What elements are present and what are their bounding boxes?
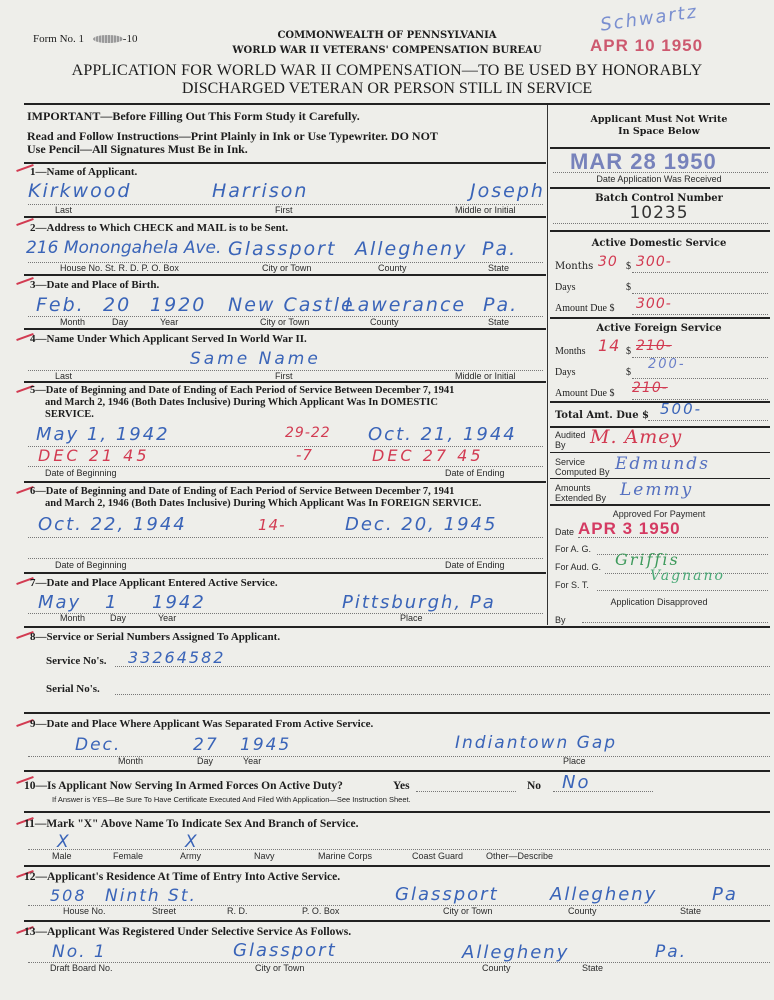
divider — [24, 770, 770, 772]
foreign-end-field[interactable]: Dec. 20, 1945 — [345, 514, 497, 535]
approved-heading: Approved For Payment — [548, 509, 770, 519]
received-date-stamp-top: APR 10 1950 — [590, 36, 703, 56]
entry-year-field[interactable]: 1942 — [152, 592, 206, 613]
caption-middle: Middle or Initial — [455, 205, 516, 215]
header-divider — [24, 103, 770, 105]
caption-city: City or Town — [262, 263, 311, 273]
caption-state: State — [582, 963, 603, 973]
residence-state-field[interactable]: Pa — [712, 884, 738, 905]
section-12-label: 12—Applicant's Residence At Time of Entr… — [24, 871, 340, 883]
domestic-end-2-field[interactable]: DEC 27 45 — [372, 446, 484, 465]
foreign-note: 14- — [258, 516, 286, 534]
computed-label: Service Computed By — [555, 457, 615, 477]
office-heading-1: Applicant Must Not Write — [548, 114, 770, 125]
section-2-label: 2—Address to Which CHECK and MAIL is to … — [30, 222, 288, 234]
service-no-label: Service No's. — [46, 655, 106, 667]
divider — [24, 712, 770, 714]
field-line — [632, 293, 768, 294]
caption-first: First — [275, 371, 293, 381]
name-middle-field[interactable]: Joseph — [470, 180, 545, 202]
domestic-due-label: Amount Due $ — [555, 303, 614, 314]
field-line — [28, 905, 770, 906]
name-last-field[interactable]: Kirkwood — [28, 180, 131, 202]
disapproved-heading: Application Disapproved — [548, 597, 770, 607]
foreign-due-amount[interactable]: 210- — [632, 380, 668, 396]
field-line — [28, 613, 543, 614]
field-line — [28, 537, 543, 538]
option-navy[interactable]: Navy — [254, 851, 275, 861]
field-line — [597, 590, 768, 591]
foreign-days-label: Days — [555, 367, 576, 378]
approved-date-stamp: APR 3 1950 — [578, 519, 681, 539]
caption-end: Date of Ending — [445, 560, 505, 570]
st-signature[interactable]: Vagnano — [650, 568, 725, 584]
section-6-label-2: and March 2, 1946 (Both Dates Inclusive)… — [45, 498, 481, 509]
separation-year-field[interactable]: 1945 — [240, 735, 291, 755]
domestic-months-label: Months — [555, 261, 593, 272]
received-caption: Date Application Was Received — [548, 174, 770, 184]
dollar-sign: $ — [626, 261, 631, 272]
section-1-label: 1—Name of Applicant. — [30, 166, 137, 178]
caption-end: Date of Ending — [445, 468, 505, 478]
domestic-note-2: -7 — [296, 446, 313, 464]
address-county-field[interactable]: Allegheny — [355, 238, 467, 260]
caption-city: City or Town — [255, 963, 304, 973]
section-4-label: 4—Name Under Which Applicant Served In W… — [30, 333, 307, 345]
field-line — [632, 314, 768, 315]
section-9-label: 9—Date and Place Where Applicant Was Sep… — [30, 718, 373, 730]
entry-month-field[interactable]: May — [38, 592, 81, 613]
caption-county: County — [370, 317, 399, 327]
option-female[interactable]: Female — [113, 851, 143, 861]
caption-year: Year — [158, 613, 176, 623]
field-line — [416, 791, 516, 792]
field-line — [28, 558, 543, 559]
section-7-label: 7—Date and Place Applicant Entered Activ… — [30, 577, 278, 589]
section-10-label: 10—Is Applicant Now Serving In Armed For… — [24, 780, 343, 792]
domestic-months-value[interactable]: 30 — [598, 254, 618, 270]
service-number-field[interactable]: 33264582 — [128, 648, 225, 667]
draft-board-field[interactable]: No. 1 — [52, 942, 107, 962]
caption-begin: Date of Beginning — [45, 468, 117, 478]
option-army[interactable]: Army — [180, 851, 201, 861]
caption-county: County — [568, 906, 597, 916]
birth-year-field[interactable]: 1920 — [150, 294, 206, 316]
field-line — [632, 378, 768, 379]
foreign-heading: Active Foreign Service — [548, 323, 770, 334]
domestic-begin-2-field[interactable]: DEC 21 45 — [38, 446, 150, 465]
caption-state: State — [488, 263, 509, 273]
residence-house-field[interactable]: 508 — [50, 886, 87, 905]
name-first-field[interactable]: Harrison — [212, 180, 308, 202]
field-line — [578, 537, 768, 538]
birth-county-field[interactable]: Lawerance — [345, 294, 466, 316]
form-title-line-1: APPLICATION FOR WORLD WAR II COMPENSATIO… — [0, 62, 774, 80]
separation-day-field[interactable]: 27 — [193, 735, 219, 755]
field-line — [115, 666, 770, 667]
total-value[interactable]: 500- — [660, 400, 702, 418]
office-heading-2: In Space Below — [548, 126, 770, 137]
caption-county: County — [378, 263, 407, 273]
by-label: By — [555, 615, 566, 625]
address-city-field[interactable]: Glassport — [228, 238, 336, 260]
divider — [24, 811, 770, 813]
residence-street-field[interactable]: Ninth St. — [105, 886, 197, 906]
audg-signature[interactable]: Griffis — [615, 550, 680, 569]
divider — [24, 381, 546, 383]
caption-county: County — [482, 963, 511, 973]
serial-no-label: Serial No's. — [46, 683, 100, 695]
birth-state-field[interactable]: Pa. — [483, 294, 518, 316]
section-11-label: 11—Mark "X" Above Name To Indicate Sex A… — [24, 818, 358, 830]
instructions-line-3: Use Pencil—All Signatures Must Be in Ink… — [27, 142, 248, 157]
foreign-months-amount[interactable]: 210- — [636, 338, 672, 354]
entry-day-field[interactable]: 1 — [105, 592, 118, 613]
form-title-line-2: DISCHARGED VETERAN OR PERSON STILL IN SE… — [0, 80, 774, 98]
caption-rd: R. D. — [227, 906, 248, 916]
field-line — [28, 962, 770, 963]
computed-signature[interactable]: Edmunds — [615, 454, 710, 474]
domestic-note-1: 29-22 — [285, 425, 331, 441]
domestic-due-amount[interactable]: 300- — [636, 296, 672, 312]
divider — [24, 920, 770, 922]
foreign-months-label: Months — [555, 346, 586, 357]
section-10-note: If Answer is YES—Be Sure To Have Certifi… — [52, 795, 411, 804]
x-mark: X — [185, 832, 199, 852]
divider — [24, 162, 546, 164]
caption-board: Draft Board No. — [50, 963, 113, 973]
section-6-label-1: 6—Date of Beginning and Date of Ending o… — [30, 486, 454, 497]
caption-month: Month — [118, 756, 143, 766]
no-label: No — [527, 780, 541, 792]
draft-city-field[interactable]: Glassport — [233, 940, 337, 961]
audited-label: Audited By — [555, 430, 595, 450]
dollar-sign: $ — [626, 282, 631, 293]
divider — [550, 478, 770, 479]
divider — [24, 216, 546, 218]
domestic-days-label: Days — [555, 282, 576, 293]
field-line — [632, 272, 768, 273]
residence-county-field[interactable]: Allegheny — [550, 884, 657, 905]
caption-last: Last — [55, 205, 72, 215]
date-label: Date — [555, 527, 574, 537]
caption-day: Day — [197, 756, 213, 766]
caption-place: Place — [563, 756, 586, 766]
caption-place: Place — [400, 613, 423, 623]
option-other-describe[interactable]: Other—Describe — [486, 851, 553, 861]
caption-month: Month — [60, 317, 85, 327]
caption-day: Day — [112, 317, 128, 327]
caption-street: House No. St. R. D. P. O. Box — [60, 263, 179, 273]
caption-month: Month — [60, 613, 85, 623]
divider — [24, 274, 546, 276]
caption-last: Last — [55, 371, 72, 381]
dollar-sign: $ — [626, 367, 631, 378]
draft-county-field[interactable]: Allegheny — [462, 942, 569, 963]
separation-month-field[interactable]: Dec. — [75, 735, 121, 755]
divider — [550, 504, 770, 506]
extended-signature[interactable]: Lemmy — [620, 480, 693, 500]
separation-place-field[interactable]: Indiantown Gap — [455, 733, 617, 753]
foreign-begin-field[interactable]: Oct. 22, 1944 — [38, 514, 187, 535]
caption-house: House No. — [63, 906, 106, 916]
x-mark: X — [57, 832, 71, 852]
domestic-end-1-field[interactable]: Oct. 21, 1944 — [368, 424, 517, 445]
active-duty-no-field[interactable]: No — [562, 772, 590, 793]
option-marine-corps[interactable]: Marine Corps — [318, 851, 372, 861]
st-label: For S. T. — [555, 580, 589, 590]
service-name-field[interactable]: Same Name — [190, 349, 321, 369]
instructions-line-1: IMPORTANT—Before Filling Out This Form S… — [27, 109, 360, 124]
caption-year: Year — [243, 756, 261, 766]
field-line — [28, 849, 770, 850]
divider — [24, 328, 546, 330]
section-5-label-3: SERVICE. — [45, 409, 94, 420]
yes-label: Yes — [393, 780, 410, 792]
field-line — [648, 420, 768, 421]
option-male[interactable]: Male — [52, 851, 72, 861]
extended-label: Amounts Extended By — [555, 483, 615, 503]
caption-begin: Date of Beginning — [55, 560, 127, 570]
caption-state: State — [680, 906, 701, 916]
dollar-sign: $ — [626, 346, 631, 357]
entry-place-field[interactable]: Pittsburgh, Pa — [342, 592, 496, 613]
section-8-label: 8—Service or Serial Numbers Assigned To … — [30, 631, 280, 643]
birth-month-field[interactable]: Feb. — [36, 294, 85, 316]
divider — [24, 626, 770, 628]
divider — [24, 481, 546, 483]
caption-year: Year — [160, 317, 178, 327]
residence-city-field[interactable]: Glassport — [395, 884, 499, 905]
audited-signature[interactable]: M. Amey — [590, 426, 682, 448]
section-5-label-1: 5—Date of Beginning and Date of Ending o… — [30, 385, 454, 396]
section-3-label: 3—Date and Place of Birth. — [30, 279, 159, 291]
field-line — [553, 172, 768, 173]
address-state-field[interactable]: Pa. — [482, 238, 517, 260]
batch-value: 10235 — [548, 203, 770, 223]
birth-city-field[interactable]: New Castle — [228, 294, 355, 316]
section-13-label: 13—Applicant Was Registered Under Select… — [24, 926, 351, 938]
divider — [24, 572, 546, 574]
field-line — [553, 223, 768, 224]
caption-city: City or Town — [443, 906, 492, 916]
birth-day-field[interactable]: 20 — [103, 294, 131, 316]
foreign-months-value[interactable]: 14 — [598, 336, 620, 355]
caption-first: First — [275, 205, 293, 215]
divider — [550, 317, 770, 319]
caption-street: Street — [152, 906, 176, 916]
option-coast-guard[interactable]: Coast Guard — [412, 851, 463, 861]
section-5-label-2: and March 2, 1946 (Both Dates Inclusive)… — [45, 397, 438, 408]
caption-box: P. O. Box — [302, 906, 339, 916]
caption-state: State — [488, 317, 509, 327]
caption-day: Day — [110, 613, 126, 623]
field-line — [28, 466, 543, 467]
address-street-field[interactable]: 216 Monongahela Ave. — [26, 238, 221, 258]
caption-middle: Middle or Initial — [455, 371, 516, 381]
audg-label: For Aud. G. — [555, 562, 601, 572]
field-line — [582, 622, 768, 623]
domestic-months-amount[interactable]: 300- — [636, 254, 672, 270]
ag-label: For A. G. — [555, 544, 591, 554]
total-label: Total Amt. Due $ — [555, 410, 649, 421]
divider — [550, 230, 770, 232]
divider — [24, 865, 770, 867]
foreign-due-label: Amount Due $ — [555, 388, 614, 399]
domestic-heading: Active Domestic Service — [548, 238, 770, 249]
field-line — [115, 694, 770, 695]
foreign-days-amount[interactable]: 200- — [648, 357, 686, 372]
caption-city: City or Town — [260, 317, 309, 327]
divider — [550, 187, 770, 189]
domestic-begin-1-field[interactable]: May 1, 1942 — [36, 424, 170, 445]
field-line — [553, 791, 653, 792]
draft-state-field[interactable]: Pa. — [655, 942, 687, 962]
divider — [550, 452, 770, 453]
